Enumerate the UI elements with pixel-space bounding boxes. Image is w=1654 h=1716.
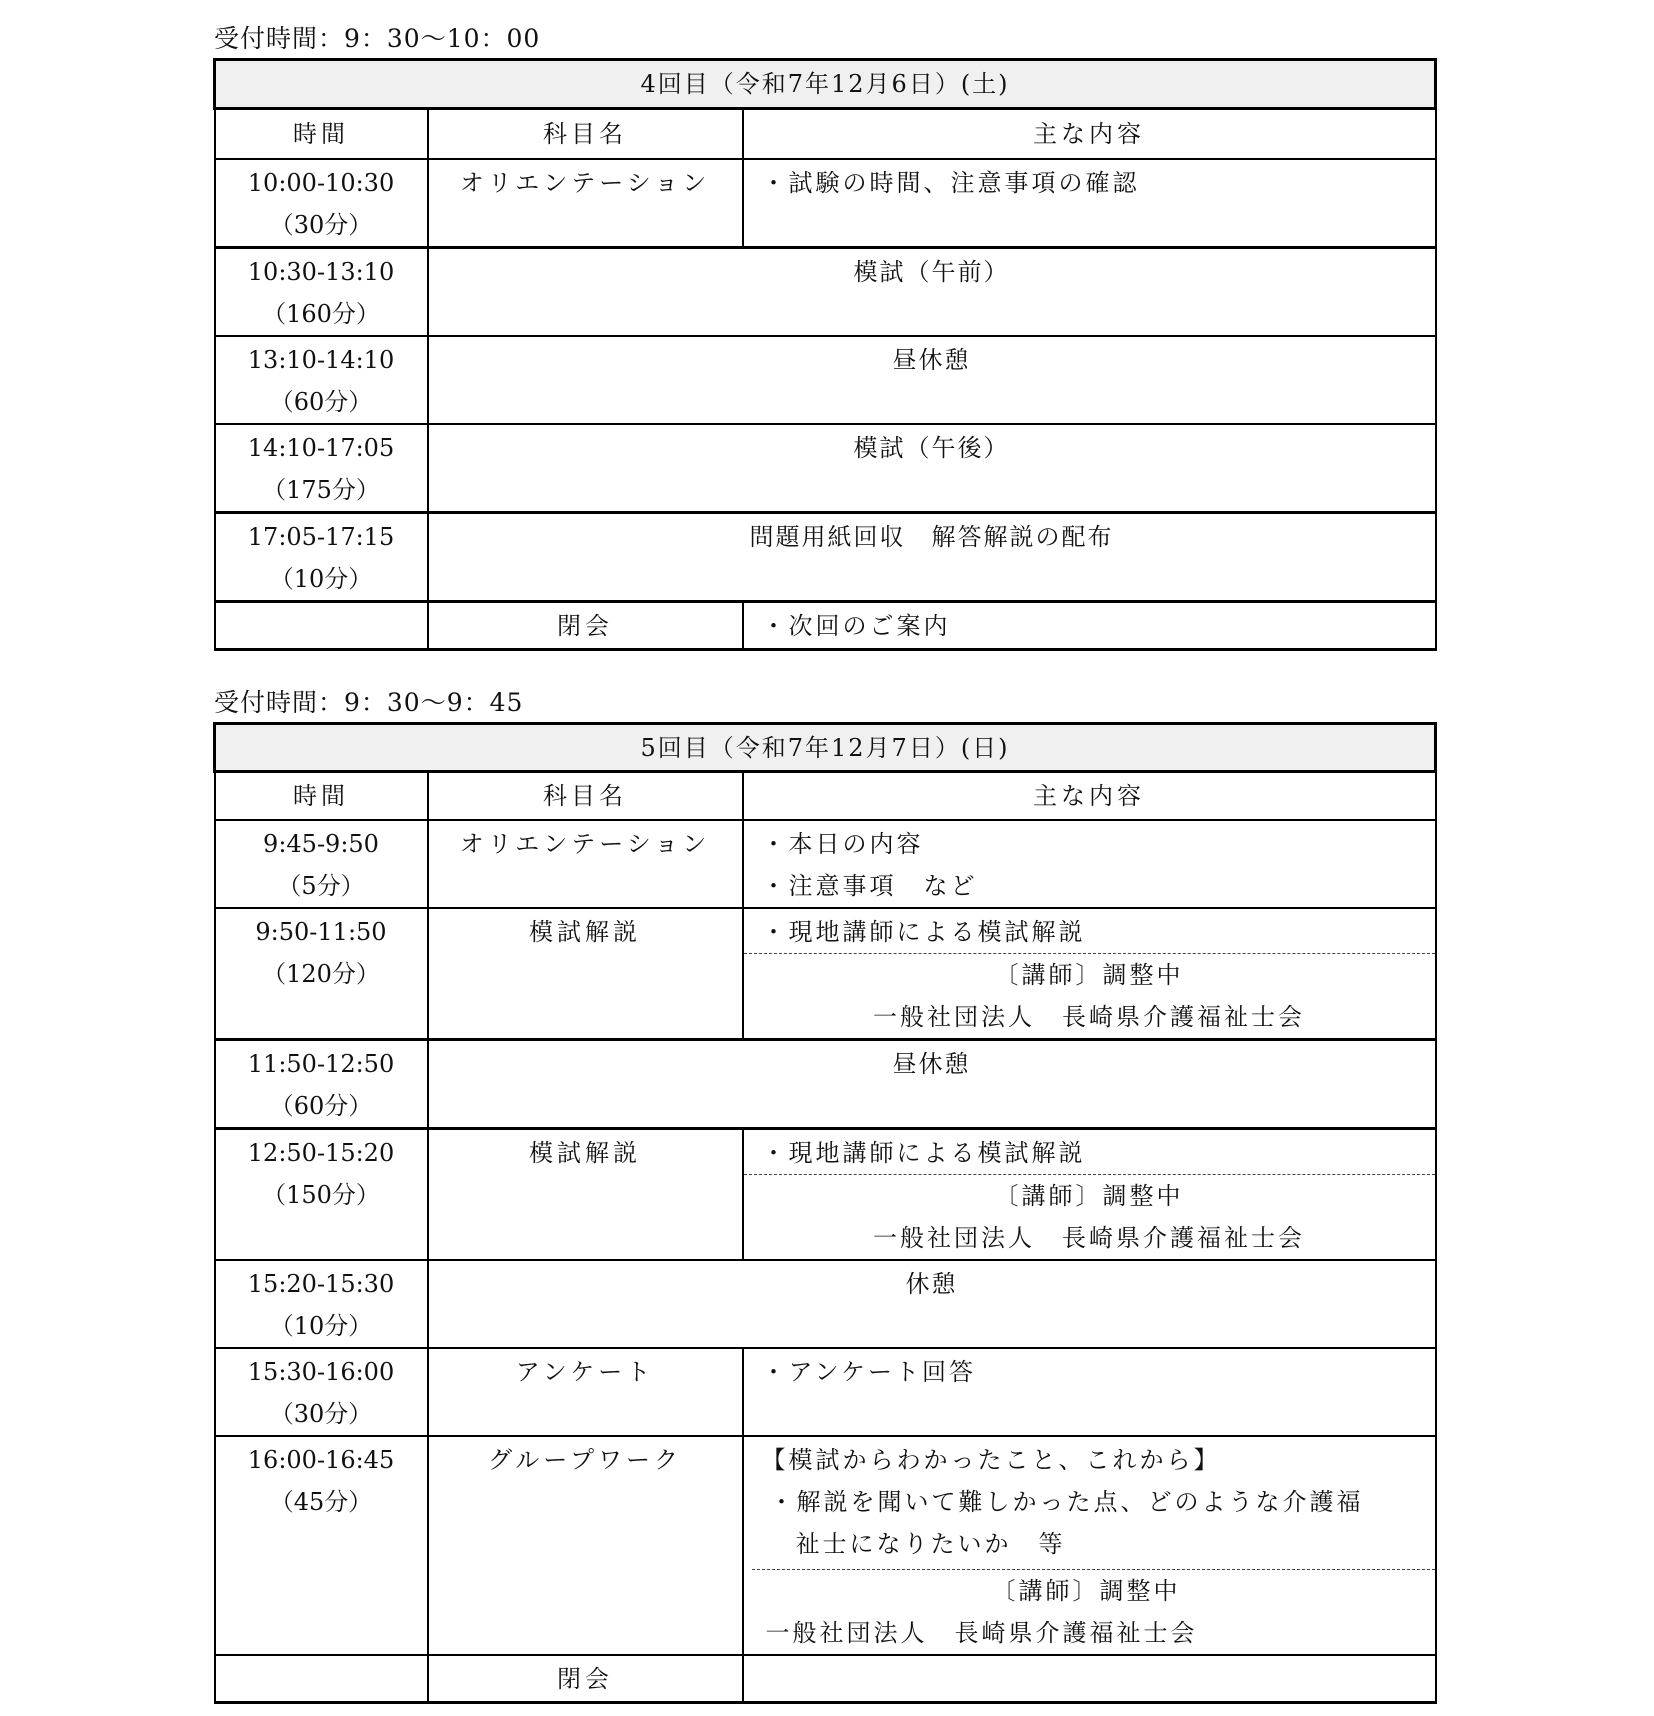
content-line: ・現地講師による模試解説 bbox=[762, 911, 1435, 953]
column-header-content: 主な内容 bbox=[743, 109, 1436, 159]
time-range: 10:00-10:30 bbox=[216, 162, 427, 204]
content-cell: ・現地講師による模試解説 〔講師〕調整中 一般社団法人 長崎県介護福祉士会 bbox=[743, 1128, 1436, 1260]
table-row: 10:00-10:30（30分） オリエンテーション ・試験の時間、注意事項の確… bbox=[215, 159, 1436, 248]
time-range: 11:50-12:50 bbox=[216, 1043, 427, 1085]
content-line: ・アンケート回答 bbox=[762, 1351, 1435, 1393]
lecturer-text: 〔講師〕調整中 bbox=[744, 1175, 1435, 1217]
table-row: 14:10-17:05（175分） 模試（午後） bbox=[215, 424, 1436, 513]
time-range: 16:00-16:45 bbox=[216, 1439, 427, 1481]
organization-text: 一般社団法人 長崎県介護福祉士会 bbox=[744, 996, 1435, 1038]
content-cell: 【模試からわかったこと、これから】 ・解説を聞いて難しかった点、どのような介護福… bbox=[743, 1436, 1436, 1655]
organization-text: 一般社団法人 長崎県介護福祉士会 bbox=[744, 1217, 1435, 1259]
time-cell: 11:50-12:50（60分） bbox=[215, 1039, 428, 1128]
time-cell: 14:10-17:05（175分） bbox=[215, 424, 428, 513]
time-range: 13:10-14:10 bbox=[216, 339, 427, 381]
subject-cell: 模試解説 bbox=[428, 1128, 743, 1260]
time-cell: 16:00-16:45（45分） bbox=[215, 1436, 428, 1655]
time-cell: 15:30-16:00（30分） bbox=[215, 1348, 428, 1436]
table-row: 15:30-16:00（30分） アンケート ・アンケート回答 bbox=[215, 1348, 1436, 1436]
time-range: 15:30-16:00 bbox=[216, 1351, 427, 1393]
table-row: 13:10-14:10（60分） 昼休憩 bbox=[215, 336, 1436, 424]
duration: （10分） bbox=[216, 1305, 427, 1347]
time-cell: 9:45-9:50（5分） bbox=[215, 820, 428, 908]
time-cell: 10:30-13:10（160分） bbox=[215, 247, 428, 336]
content-line: ・次回のご案内 bbox=[762, 605, 1435, 647]
content-line: ・解説を聞いて難しかった点、どのような介護福 bbox=[762, 1481, 1435, 1523]
time-range: 15:20-15:30 bbox=[216, 1263, 427, 1305]
table-row: 12:50-15:20（150分） 模試解説 ・現地講師による模試解説 〔講師〕… bbox=[215, 1128, 1436, 1260]
time-range: 10:30-13:10 bbox=[216, 251, 427, 293]
duration: （5分） bbox=[216, 865, 427, 907]
table-row: 9:50-11:50（120分） 模試解説 ・現地講師による模試解説 〔講師〕調… bbox=[215, 908, 1436, 1040]
subject-cell: グループワーク bbox=[428, 1436, 743, 1655]
time-cell: 15:20-15:30（10分） bbox=[215, 1260, 428, 1348]
content-cell: ・試験の時間、注意事項の確認 bbox=[743, 159, 1436, 248]
column-header-time: 時間 bbox=[215, 109, 428, 159]
subject-cell: 模試解説 bbox=[428, 908, 743, 1040]
table-row: 15:20-15:30（10分） 休憩 bbox=[215, 1260, 1436, 1348]
time-cell: 12:50-15:20（150分） bbox=[215, 1128, 428, 1260]
content-line: ・試験の時間、注意事項の確認 bbox=[762, 162, 1435, 204]
time-cell: 13:10-14:10（60分） bbox=[215, 336, 428, 424]
duration: （30分） bbox=[216, 204, 427, 246]
merged-activity-cell: 昼休憩 bbox=[428, 1039, 1436, 1128]
schedule-table-session-5: 5回目（令和7年12月7日）(日) 時間 科目名 主な内容 9:45-9:50（… bbox=[213, 722, 1437, 1704]
merged-activity-cell: 昼休憩 bbox=[428, 336, 1436, 424]
subject-cell: アンケート bbox=[428, 1348, 743, 1436]
duration: （120分） bbox=[216, 953, 427, 995]
column-header-time: 時間 bbox=[215, 772, 428, 820]
time-range: 9:50-11:50 bbox=[216, 911, 427, 953]
duration: （30分） bbox=[216, 1393, 427, 1435]
content-line: ・本日の内容 bbox=[762, 823, 1435, 865]
content-line: ・注意事項 など bbox=[762, 865, 1435, 907]
duration: （45分） bbox=[216, 1481, 427, 1523]
reception-time-label: 受付時間：9：30〜9：45 bbox=[214, 688, 523, 718]
time-cell bbox=[215, 1655, 428, 1703]
merged-activity-cell: 問題用紙回収 解答解説の配布 bbox=[428, 512, 1436, 601]
subject-cell: オリエンテーション bbox=[428, 820, 743, 908]
duration: （160分） bbox=[216, 293, 427, 335]
lecturer-text: 〔講師〕調整中 bbox=[762, 1570, 1435, 1612]
column-header-subject: 科目名 bbox=[428, 772, 743, 820]
duration: （10分） bbox=[216, 558, 427, 600]
table-row: 閉会 bbox=[215, 1655, 1436, 1703]
table-row: 11:50-12:50（60分） 昼休憩 bbox=[215, 1039, 1436, 1128]
schedule-table-session-4: 4回目（令和7年12月6日）(土) 時間 科目名 主な内容 10:00-10:3… bbox=[213, 58, 1437, 651]
duration: （60分） bbox=[216, 1085, 427, 1127]
content-cell bbox=[743, 1655, 1436, 1703]
table-row: 9:45-9:50（5分） オリエンテーション ・本日の内容 ・注意事項 など bbox=[215, 820, 1436, 908]
organization-text: 一般社団法人 長崎県介護福祉士会 bbox=[766, 1612, 1435, 1654]
content-line: ・現地講師による模試解説 bbox=[762, 1132, 1435, 1174]
time-range: 14:10-17:05 bbox=[216, 427, 427, 469]
subject-cell: 閉会 bbox=[428, 601, 743, 649]
content-cell: ・現地講師による模試解説 〔講師〕調整中 一般社団法人 長崎県介護福祉士会 bbox=[743, 908, 1436, 1040]
merged-activity-cell: 模試（午後） bbox=[428, 424, 1436, 513]
time-cell: 10:00-10:30（30分） bbox=[215, 159, 428, 248]
content-line: 【模試からわかったこと、これから】 bbox=[762, 1439, 1435, 1481]
lecturer-text: 〔講師〕調整中 bbox=[744, 954, 1435, 996]
subject-cell: オリエンテーション bbox=[428, 159, 743, 248]
table-row: 10:30-13:10（160分） 模試（午前） bbox=[215, 247, 1436, 336]
subject-cell: 閉会 bbox=[428, 1655, 743, 1703]
time-range: 9:45-9:50 bbox=[216, 823, 427, 865]
column-header-content: 主な内容 bbox=[743, 772, 1436, 820]
column-header-subject: 科目名 bbox=[428, 109, 743, 159]
content-cell: ・本日の内容 ・注意事項 など bbox=[743, 820, 1436, 908]
duration: （150分） bbox=[216, 1174, 427, 1216]
table-row: 16:00-16:45（45分） グループワーク 【模試からわかったこと、これか… bbox=[215, 1436, 1436, 1655]
merged-activity-cell: 模試（午前） bbox=[428, 247, 1436, 336]
session-title: 5回目（令和7年12月7日）(日) bbox=[215, 724, 1436, 772]
session-title: 4回目（令和7年12月6日）(土) bbox=[215, 60, 1436, 109]
content-cell: ・次回のご案内 bbox=[743, 601, 1436, 649]
duration: （60分） bbox=[216, 381, 427, 423]
content-cell: ・アンケート回答 bbox=[743, 1348, 1436, 1436]
table-row: 閉会 ・次回のご案内 bbox=[215, 601, 1436, 649]
table-row: 17:05-17:15（10分） 問題用紙回収 解答解説の配布 bbox=[215, 512, 1436, 601]
time-cell: 9:50-11:50（120分） bbox=[215, 908, 428, 1040]
merged-activity-cell: 休憩 bbox=[428, 1260, 1436, 1348]
time-range: 12:50-15:20 bbox=[216, 1132, 427, 1174]
time-cell bbox=[215, 601, 428, 649]
duration: （175分） bbox=[216, 469, 427, 511]
time-cell: 17:05-17:15（10分） bbox=[215, 512, 428, 601]
reception-time-label: 受付時間：9：30〜10：00 bbox=[214, 24, 540, 54]
time-range: 17:05-17:15 bbox=[216, 516, 427, 558]
content-line: 祉士になりたいか 等 bbox=[762, 1523, 1435, 1565]
